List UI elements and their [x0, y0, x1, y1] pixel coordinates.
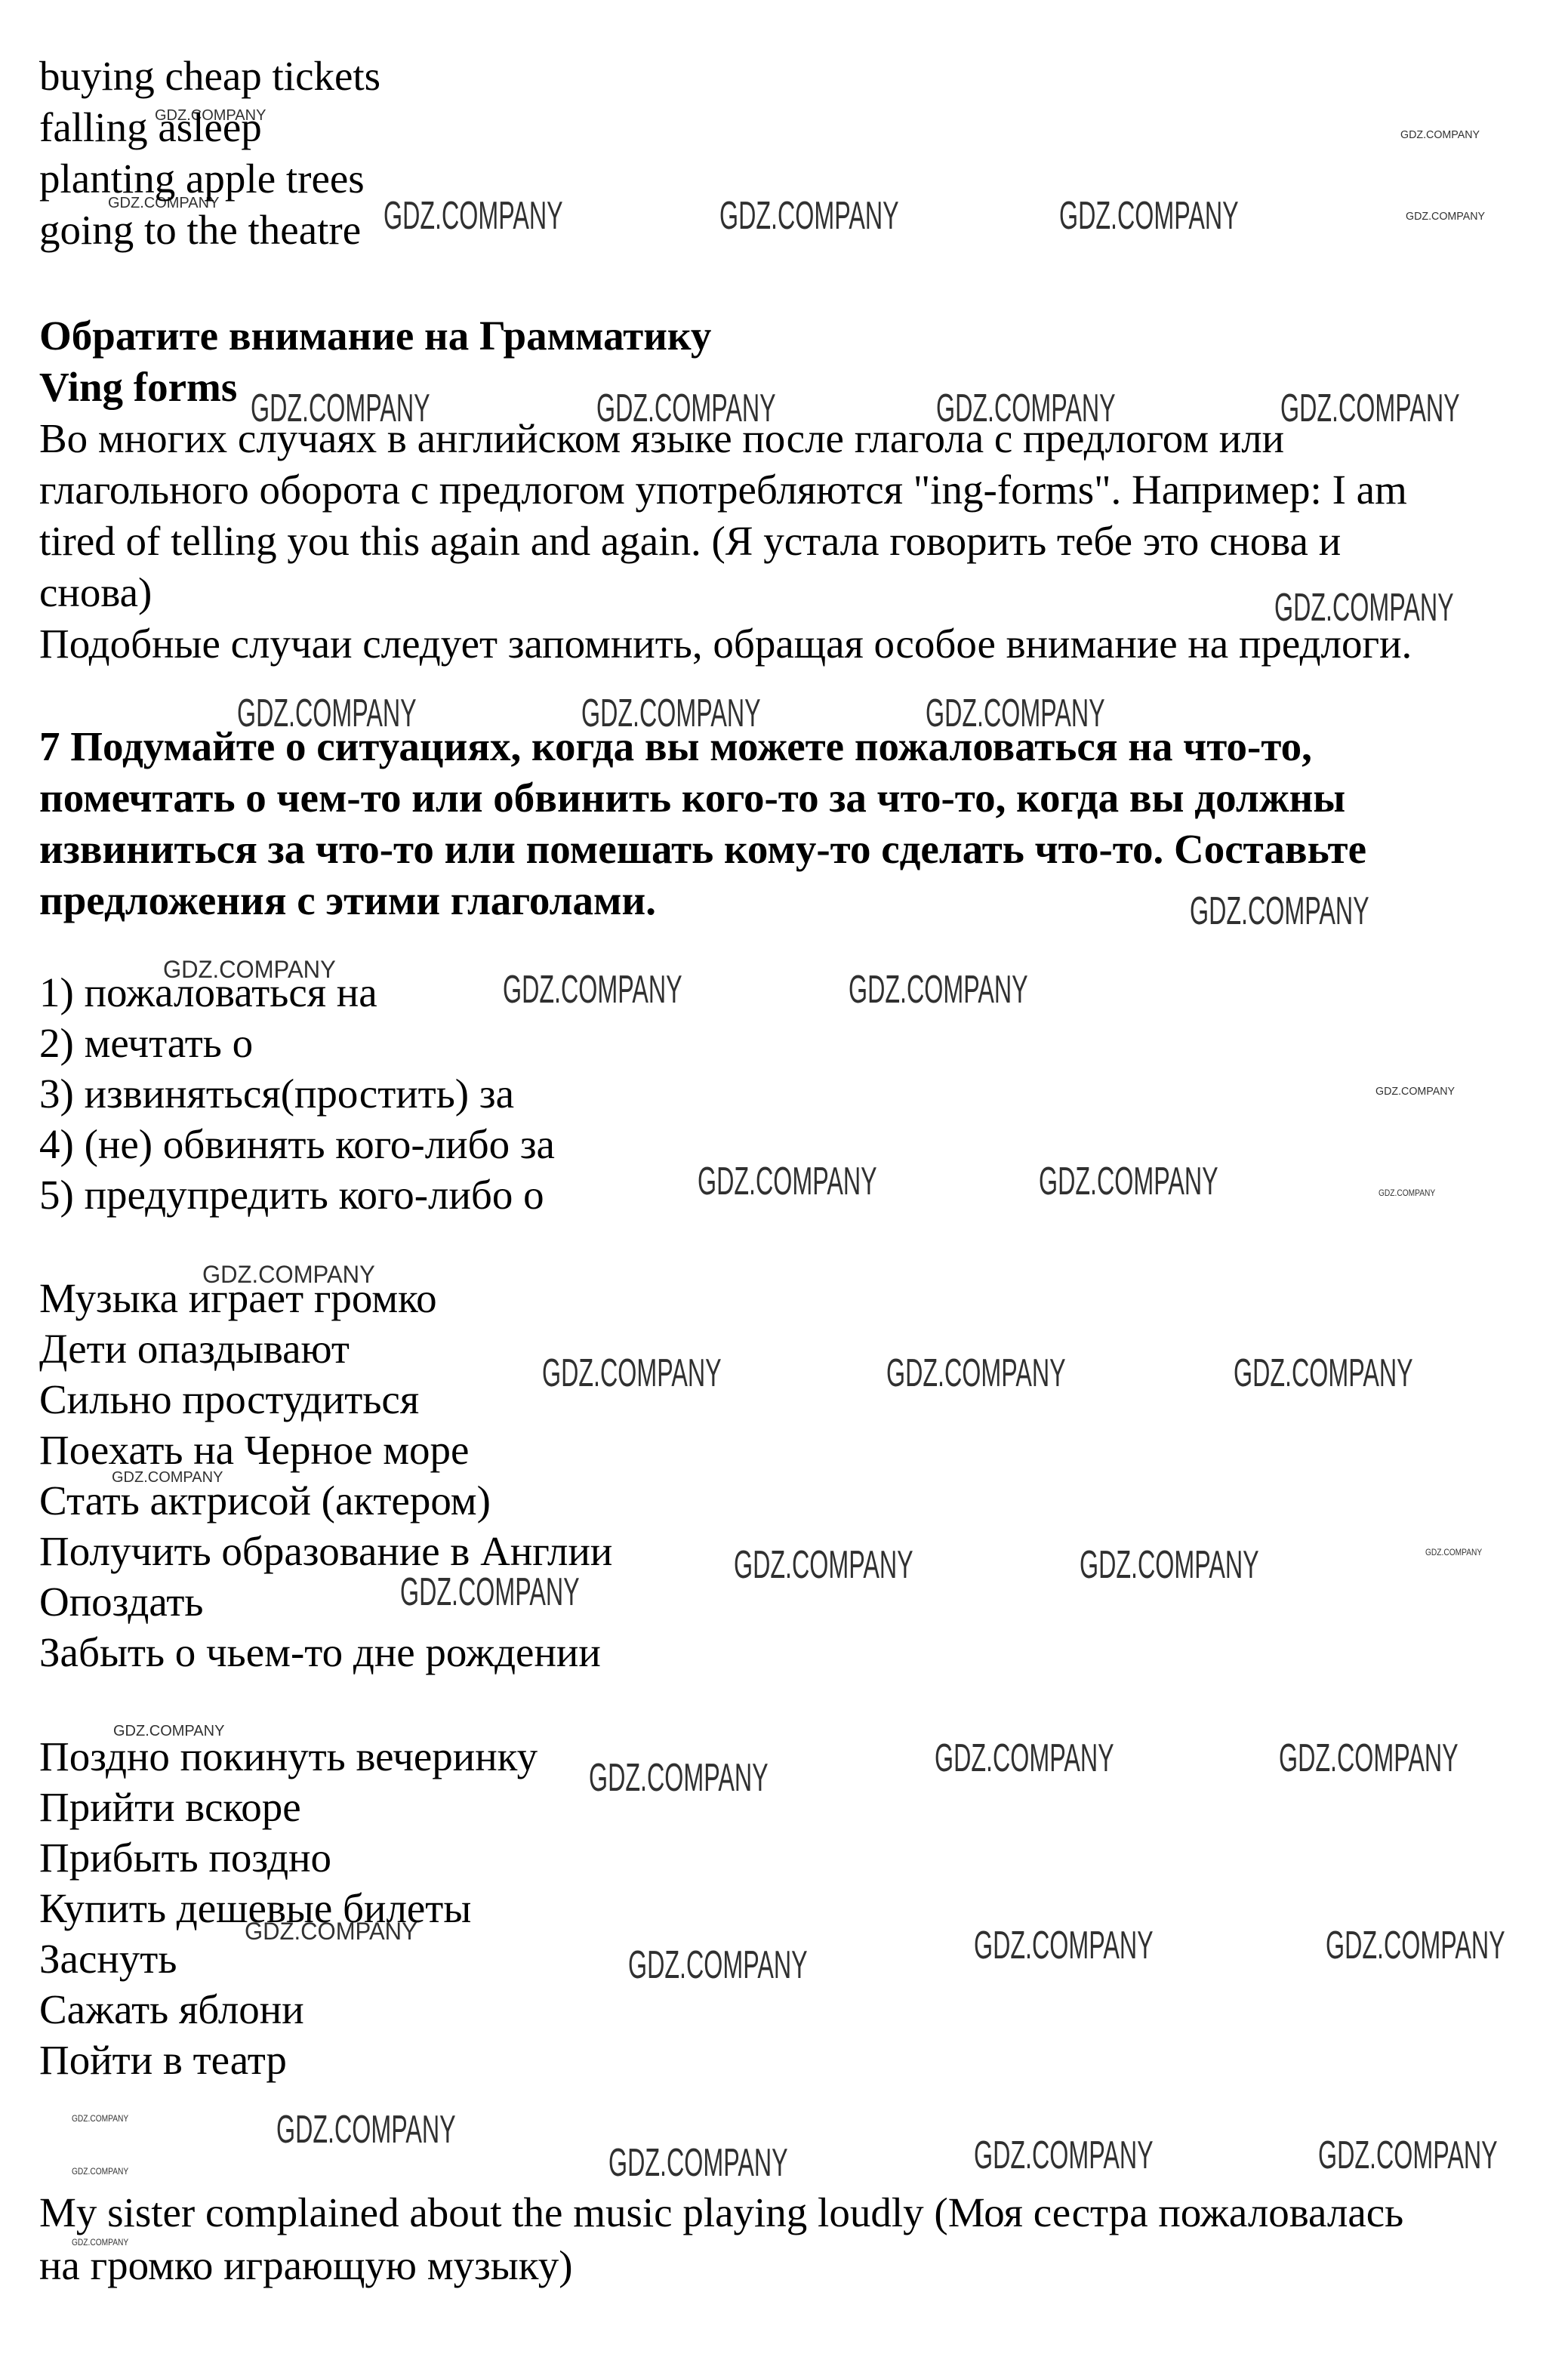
watermark: GDZ.COMPANY — [1279, 1736, 1459, 1781]
grammar-heading-subtitle: Ving forms — [39, 362, 711, 413]
text-line: Прибыть поздно — [39, 1832, 538, 1883]
watermark: GDZ.COMPANY — [719, 193, 899, 239]
text-line: Сажать яблони — [39, 1984, 538, 2035]
watermark: GDZ.COMPANY — [1375, 1085, 1455, 1098]
watermark: GDZ.COMPANY — [628, 1943, 808, 1988]
watermark: GDZ.COMPANY — [1326, 1923, 1505, 1968]
grammar-heading-title: Обратите внимание на Грамматику — [39, 310, 711, 362]
text-line: Купить дешевые билеты — [39, 1883, 538, 1933]
text-line: Дети опаздывают — [39, 1323, 612, 1374]
watermark: GDZ.COMPANY — [276, 2107, 456, 2152]
document-page: GDZ.COMPANYGDZ.COMPANYGDZ.COMPANYGDZ.COM… — [0, 0, 1568, 2360]
watermark: GDZ.COMPANY — [1379, 1188, 1435, 1198]
watermark: GDZ.COMPANY — [886, 1351, 1066, 1396]
situations-group-2: Поздно покинуть вечеринку Прийти вскоре … — [39, 1731, 538, 2085]
text-line: Во многих случаях в английском языке пос… — [39, 413, 1412, 464]
text-line: глагольного оборота с предлогом употребл… — [39, 464, 1412, 516]
text-line: Поехать на Черное море — [39, 1425, 612, 1475]
text-line: Поздно покинуть вечеринку — [39, 1731, 538, 1782]
task-7-instructions: 7 Подумайте о ситуациях, когда вы можете… — [39, 721, 1366, 926]
watermark: GDZ.COMPANY — [849, 967, 1028, 1012]
text-line: Получить образование в Англии — [39, 1526, 612, 1576]
list-item: 2) мечтать о — [39, 1018, 555, 1068]
text-line: предложения с этими глаголами. — [39, 875, 1366, 926]
watermark: GDZ.COMPANY — [1059, 193, 1239, 239]
watermark: GDZ.COMPANY — [1425, 1547, 1482, 1557]
list-item: 1) пожаловаться на — [39, 967, 555, 1018]
gerund-list: buying cheap tickets falling asleep plan… — [39, 51, 380, 256]
watermark: GDZ.COMPANY — [1400, 128, 1480, 141]
watermark: GDZ.COMPANY — [974, 2133, 1154, 2178]
watermark: GDZ.COMPANY — [72, 2166, 128, 2177]
text-line: My sister complained about the music pla… — [39, 2186, 1403, 2239]
situations-group-1: Музыка играет громко Дети опаздывают Сил… — [39, 1273, 612, 1678]
text-line: 7 Подумайте о ситуациях, когда вы можете… — [39, 721, 1366, 772]
text-line: Пойти в театр — [39, 2035, 538, 2085]
text-line: Опоздать — [39, 1576, 612, 1627]
text-line: planting apple trees — [39, 153, 380, 205]
watermark: GDZ.COMPANY — [1039, 1159, 1218, 1204]
text-line: снова) — [39, 567, 1412, 618]
watermark: GDZ.COMPANY — [734, 1542, 913, 1588]
text-line: извиниться за что-то или помешать кому-т… — [39, 824, 1366, 875]
text-line: помечтать о чем-то или обвинить кого-то … — [39, 772, 1366, 824]
text-line: на громко играющую музыку) — [39, 2239, 1403, 2292]
example-sentence: My sister complained about the music pla… — [39, 2186, 1403, 2292]
text-line: Заснуть — [39, 1933, 538, 1984]
text-line: Подобные случаи следует запомнить, обращ… — [39, 618, 1412, 670]
text-line: tired of telling you this again and agai… — [39, 516, 1412, 567]
watermark: GDZ.COMPANY — [974, 1923, 1154, 1968]
watermark: GDZ.COMPANY — [384, 193, 563, 239]
text-line: Прийти вскоре — [39, 1782, 538, 1832]
watermark: GDZ.COMPANY — [72, 2113, 128, 2124]
watermark: GDZ.COMPANY — [935, 1736, 1114, 1781]
text-line: falling asleep — [39, 102, 380, 153]
list-item: 4) (не) обвинять кого-либо за — [39, 1119, 555, 1169]
grammar-heading: Обратите внимание на Грамматику Ving for… — [39, 310, 711, 413]
watermark: GDZ.COMPANY — [589, 1755, 769, 1801]
text-line: Сильно простудиться — [39, 1374, 612, 1425]
watermark: GDZ.COMPANY — [1406, 210, 1485, 223]
text-line: buying cheap tickets — [39, 51, 380, 102]
watermark: GDZ.COMPANY — [1318, 2133, 1498, 2178]
text-line: Музыка играет громко — [39, 1273, 612, 1323]
watermark: GDZ.COMPANY — [1234, 1351, 1413, 1396]
watermark: GDZ.COMPANY — [608, 2140, 788, 2186]
list-item: 5) предупредить кого-либо о — [39, 1169, 555, 1220]
text-line: going to the theatre — [39, 205, 380, 256]
list-item: 3) извиняться(простить) за — [39, 1068, 555, 1119]
watermark: GDZ.COMPANY — [698, 1159, 877, 1204]
grammar-note: Во многих случаях в английском языке пос… — [39, 413, 1412, 670]
verb-preposition-list: 1) пожаловаться на 2) мечтать о 3) извин… — [39, 967, 555, 1220]
watermark: GDZ.COMPANY — [1080, 1542, 1259, 1588]
text-line: Стать актрисой (актером) — [39, 1475, 612, 1526]
text-line: Забыть о чьем-то дне рождении — [39, 1627, 612, 1678]
